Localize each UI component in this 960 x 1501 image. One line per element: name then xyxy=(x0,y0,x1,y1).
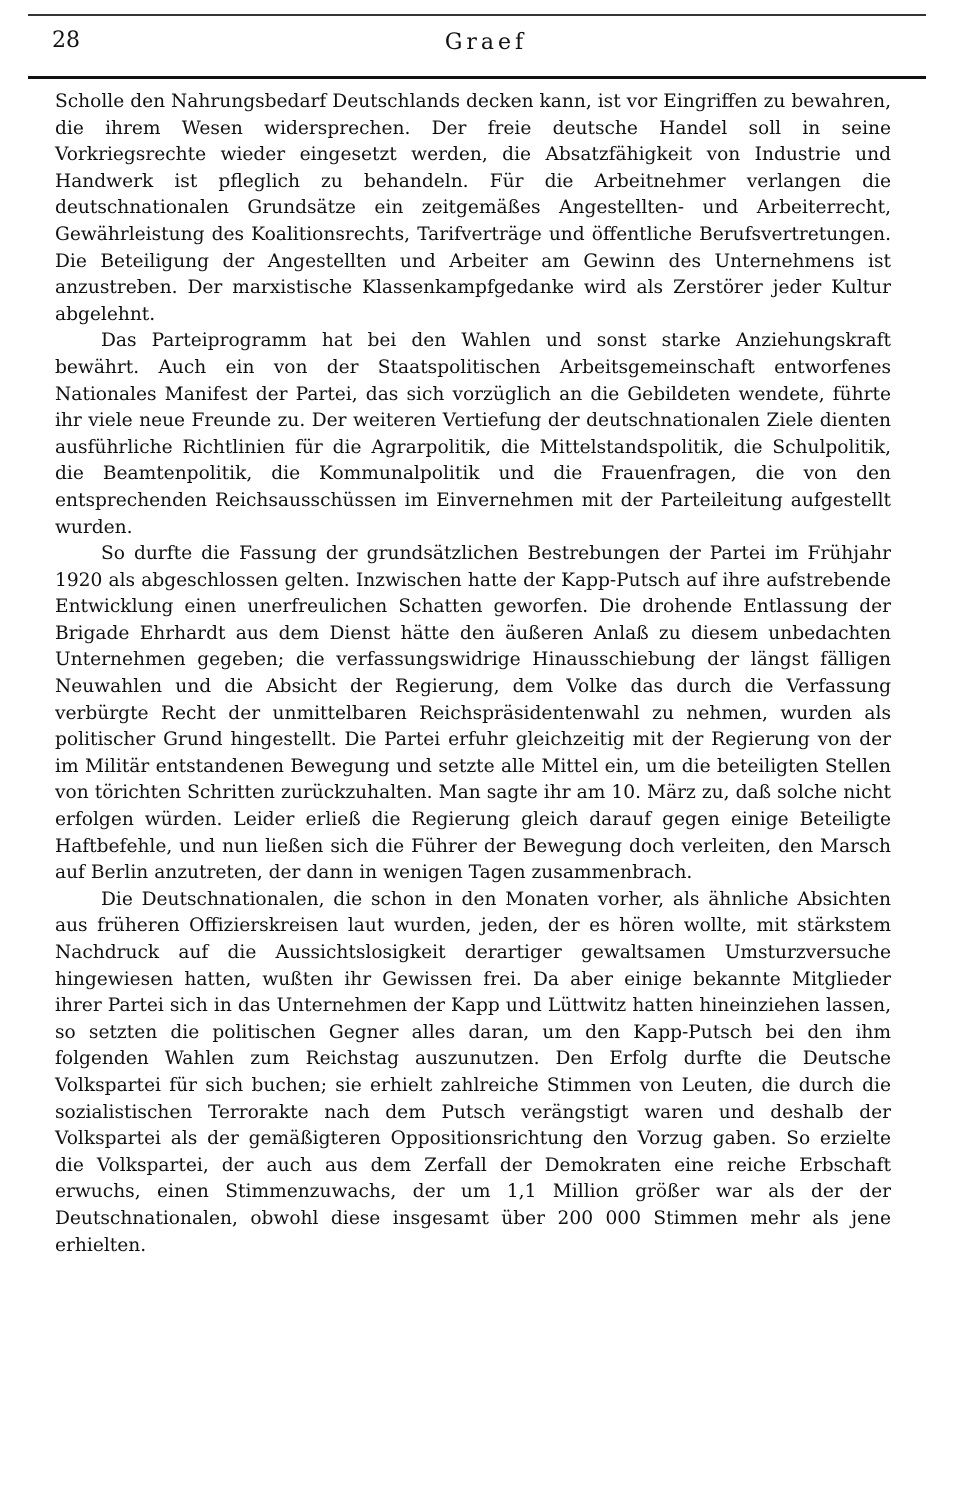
body-text: Scholle den Nahrungsbedarf Deutschlands … xyxy=(55,89,891,1259)
header-bottom-rule xyxy=(28,76,926,79)
paragraph-4: Die Deutschnationalen, die schon in den … xyxy=(55,887,891,1259)
header-top-rule xyxy=(28,14,926,16)
running-title: Graef xyxy=(52,30,920,55)
book-page: 28 Graef Scholle den Nahrungsbedarf Deut… xyxy=(0,0,960,1501)
paragraph-2: Das Parteiprogramm hat bei den Wahlen un… xyxy=(55,328,891,541)
page-header: 28 Graef xyxy=(52,24,920,68)
paragraph-1: Scholle den Nahrungsbedarf Deutschlands … xyxy=(55,89,891,328)
paragraph-3: So durfte die Fassung der grundsätzliche… xyxy=(55,541,891,887)
